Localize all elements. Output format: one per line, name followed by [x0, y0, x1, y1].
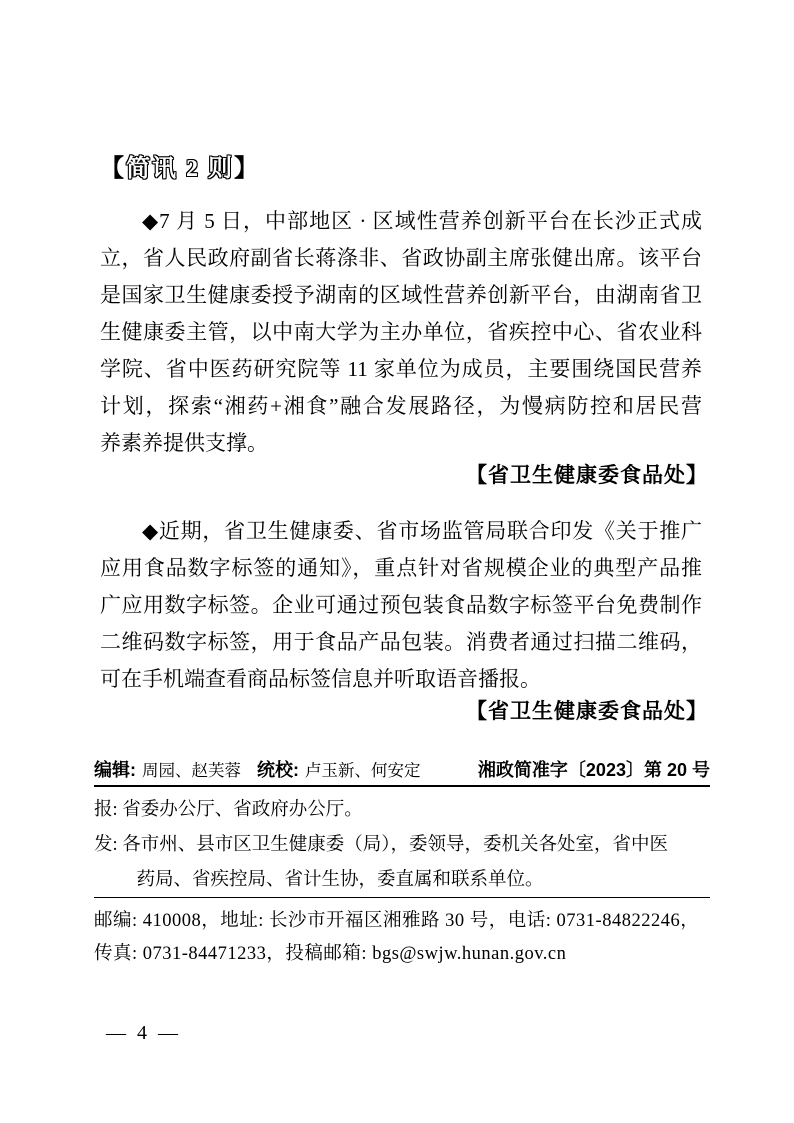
editor-row: 编辑: 周园、赵芙蓉 统校: 卢玉新、何安定 湘政简准字〔2023〕第 20 号: [94, 756, 710, 785]
text-line: 计划，探索“湘药+湘食”融合发展路径，为慢病防控和居民营: [100, 388, 702, 425]
document-page: 【简讯 2 则】 ◆7 月 5 日，中部地区 · 区域性营养创新平台在长沙正式成…: [0, 0, 794, 1123]
news-article-2: ◆近期，省卫生健康委、省市场监管局联合印发《关于推广应用食品数字标签的通知》，重…: [100, 513, 702, 698]
contact-line: 邮编: 410008，地址: 长沙市开福区湘雅路 30 号，电话: 0731-8…: [94, 905, 710, 938]
doc-number: 湘政简准字〔2023〕第 20 号: [478, 756, 710, 782]
text-line: 二维码数字标签，用于食品产品包装。消费者通过扫描二维码，: [100, 624, 702, 661]
proofreader-label: 统校:: [257, 756, 299, 782]
title-bracket-open: 【: [100, 156, 126, 182]
text-line: ◆近期，省卫生健康委、省市场监管局联合印发《关于推广: [100, 513, 702, 550]
editor-label: 编辑:: [94, 756, 136, 782]
footer: 编辑: 周园、赵芙蓉 统校: 卢玉新、何安定 湘政简准字〔2023〕第 20 号…: [94, 756, 710, 971]
text-line: ◆7 月 5 日，中部地区 · 区域性营养创新平台在长沙正式成: [100, 203, 702, 240]
contact-lines: 邮编: 410008，地址: 长沙市开福区湘雅路 30 号，电话: 0731-8…: [94, 905, 710, 971]
text-line: 应用食品数字标签的通知》，重点针对省规模企业的典型产品推: [100, 550, 702, 587]
title-text: 简讯 2 则: [126, 156, 234, 182]
contact-line: 传真: 0731-84471233，投稿邮箱: bgs@swjw.hunan.g…: [94, 938, 710, 971]
distribution-lines: 发: 各市州、县市区卫生健康委（局），委领导，委机关各处室，省中医药局、省疾控局…: [94, 828, 710, 897]
editor-names: 周园、赵芙蓉: [142, 757, 241, 781]
news-article-1: ◆7 月 5 日，中部地区 · 区域性营养创新平台在长沙正式成立，省人民政府副省…: [100, 203, 702, 462]
title-bracket-close: 】: [234, 156, 260, 182]
text-line: 养素养提供支撑。: [100, 425, 702, 462]
text-line: 生健康委主管，以中南大学为主办单位，省疾控中心、省农业科: [100, 314, 702, 351]
divider-bottom: [94, 897, 710, 898]
divider-top: [94, 785, 710, 787]
attribution-1: 【省卫生健康委食品处】: [100, 458, 708, 492]
text-line: 广应用数字标签。企业可通过预包装食品数字标签平台免费制作: [100, 587, 702, 624]
distribution-line: 药局、省疾控局、省计生协，委直属和联系单位。: [94, 863, 710, 897]
report-line: 报: 省委办公厅、省政府办公厅。: [94, 793, 710, 828]
text-line: 立，省人民政府副省长蒋涤非、省政协副主席张健出席。该平台: [100, 240, 702, 277]
attribution-2: 【省卫生健康委食品处】: [100, 694, 708, 728]
text-line: 可在手机端查看商品标签信息并听取语音播报。: [100, 661, 702, 698]
bulletin-title: 【简讯 2 则】: [100, 148, 260, 183]
text-line: 是国家卫生健康委授予湖南的区域性营养创新平台，由湖南省卫: [100, 277, 702, 314]
text-line: 学院、省中医药研究院等 11 家单位为成员，主要围绕国民营养: [100, 351, 702, 388]
page-number: — 4 —: [106, 1022, 181, 1045]
proofreader-names: 卢玉新、何安定: [305, 757, 421, 781]
distribution-line: 发: 各市州、县市区卫生健康委（局），委领导，委机关各处室，省中医: [94, 828, 710, 863]
